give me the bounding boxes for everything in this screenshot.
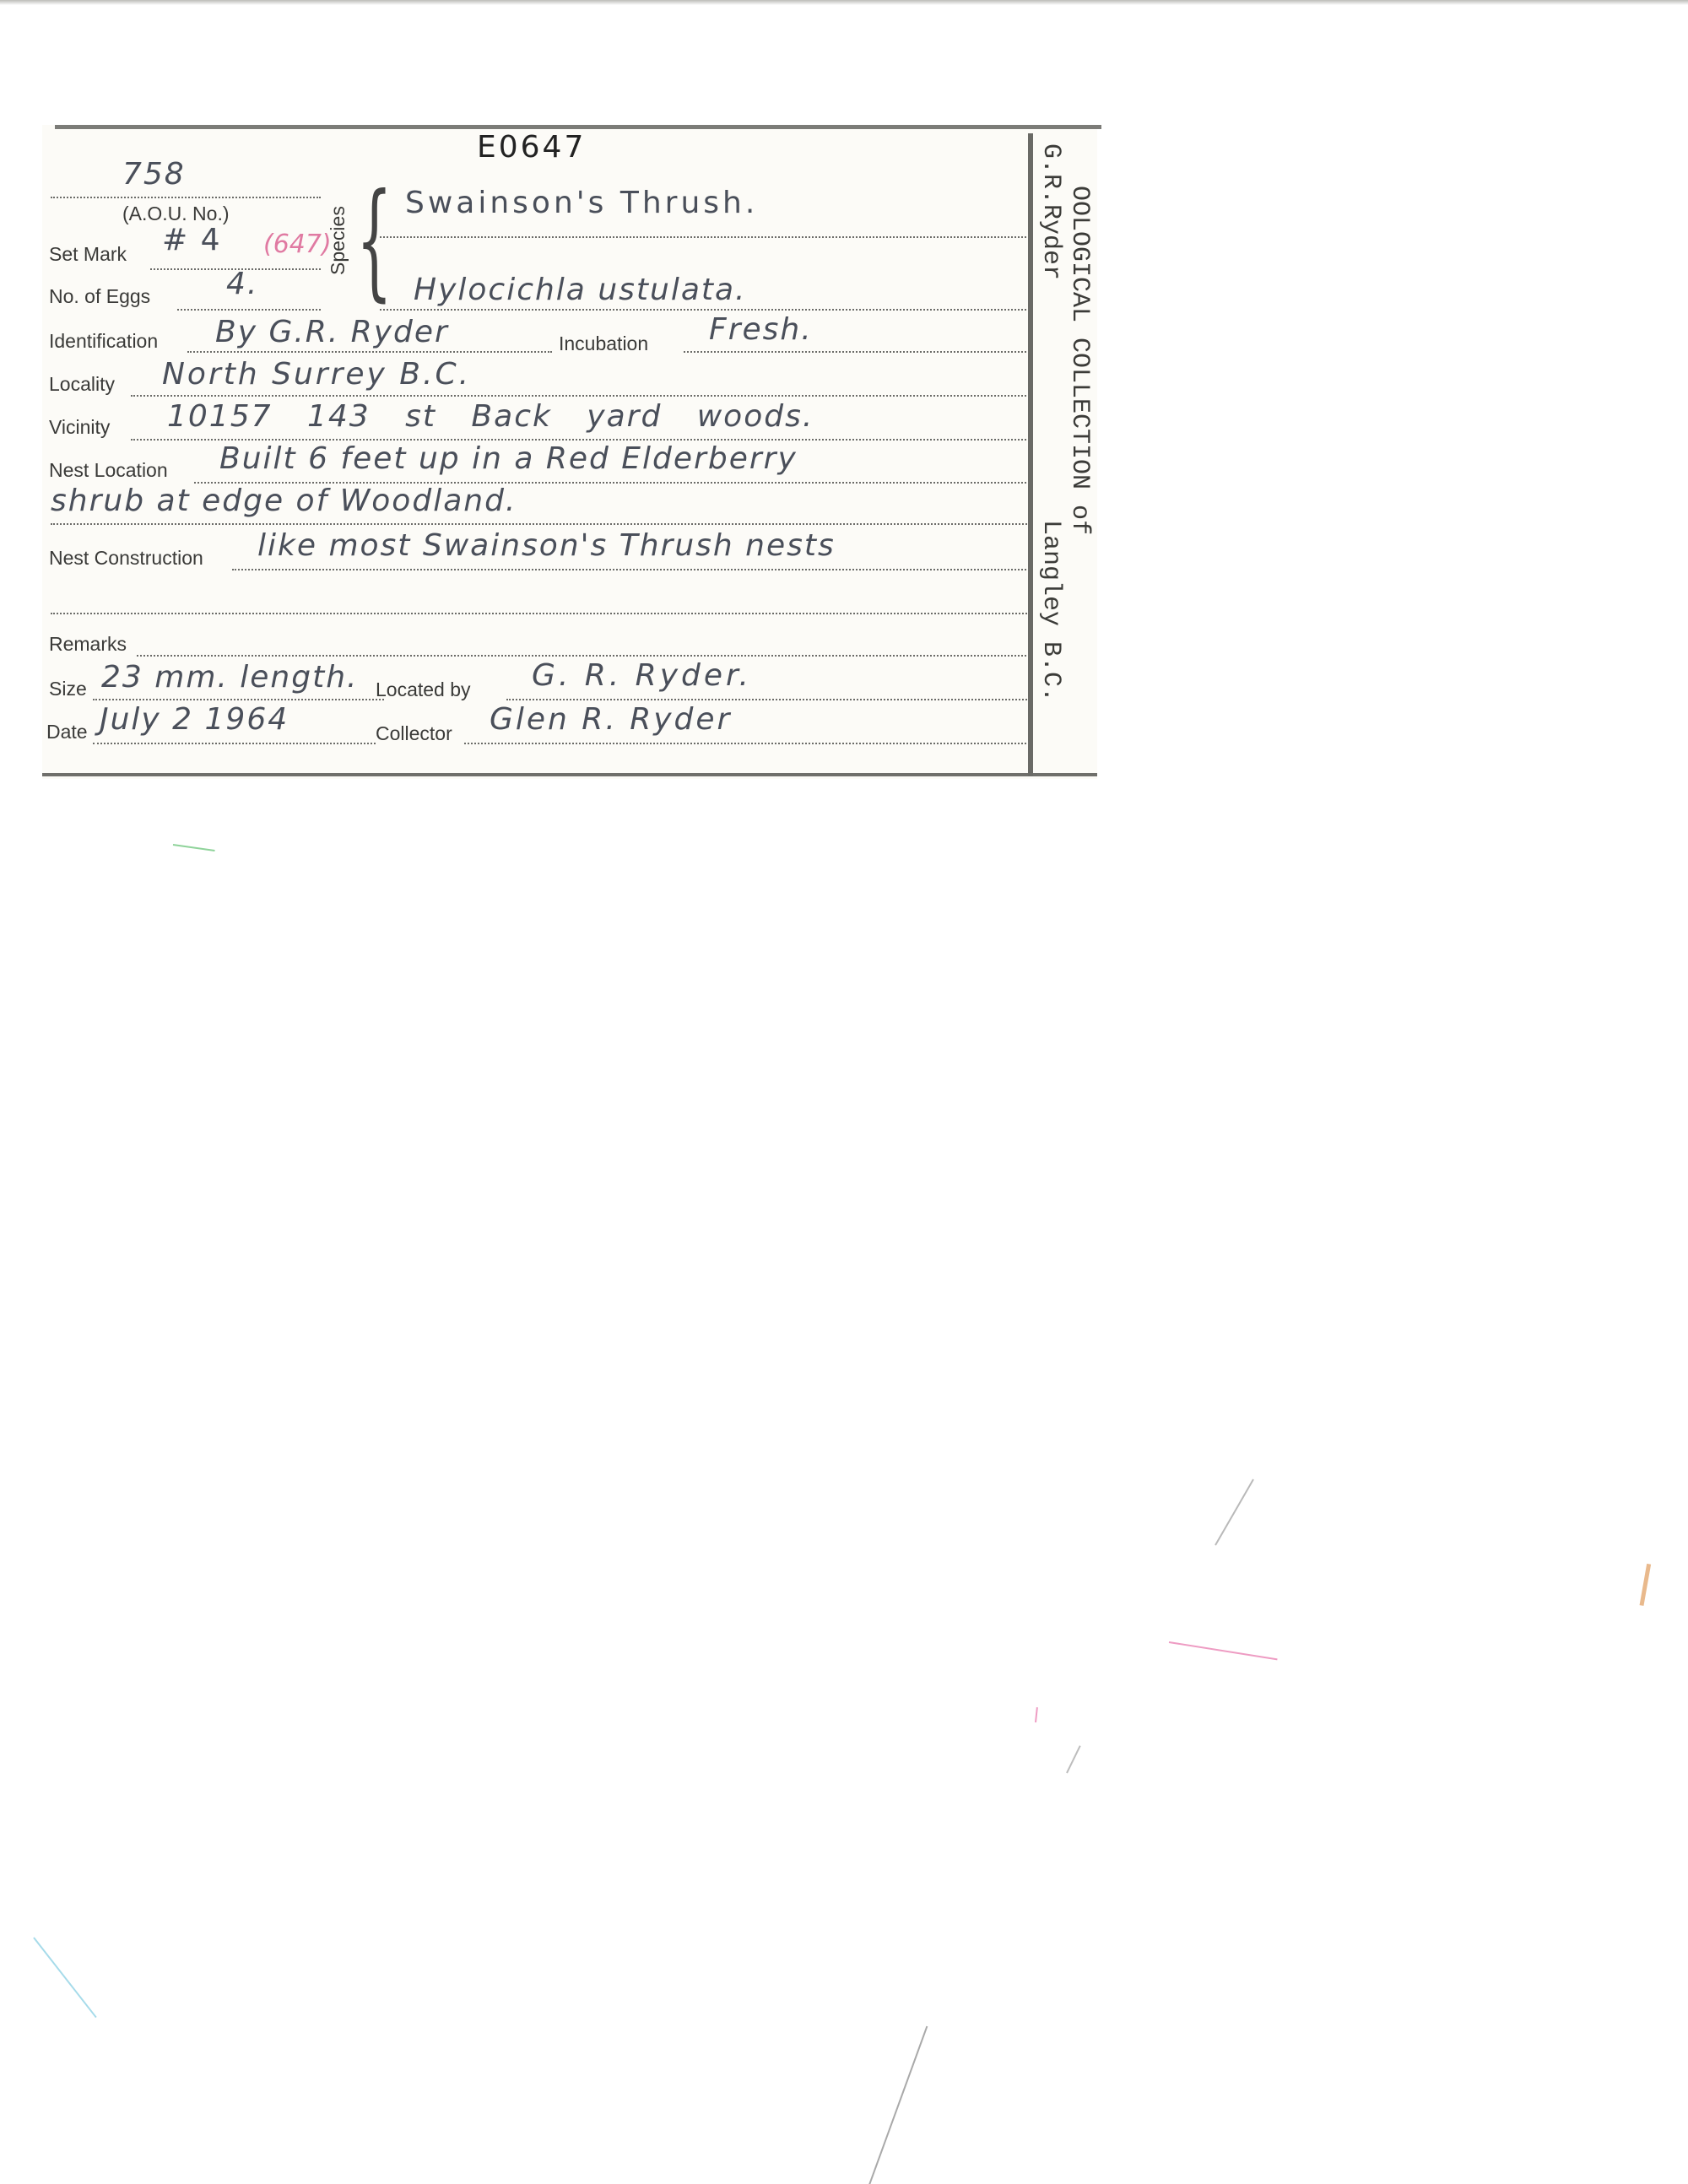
eggs-count-value: 4.	[226, 267, 258, 301]
identification-line	[187, 351, 552, 353]
nest-construction-line-2	[51, 613, 1030, 614]
remarks-line	[137, 655, 1030, 657]
identification-label: Identification	[49, 330, 158, 353]
scan-artifact-mark	[173, 844, 215, 851]
eggs-count-label: No. of Eggs	[49, 285, 150, 308]
locality-line	[131, 395, 1030, 397]
vicinity-value: 10157 143 st Back yard woods.	[167, 399, 814, 434]
locality-value: North Surrey B.C.	[162, 357, 471, 392]
size-label: Size	[49, 678, 87, 700]
scan-artifact-mark	[868, 2026, 928, 2184]
scan-artifact-mark	[1169, 1641, 1278, 1660]
size-line	[93, 699, 384, 700]
date-line	[93, 743, 376, 744]
incubation-label: Incubation	[559, 332, 648, 355]
scan-artifact-mark	[1066, 1745, 1081, 1773]
aou-number-value: 758	[122, 157, 186, 192]
located-by-line	[506, 699, 1030, 700]
scan-artifact-mark	[1215, 1479, 1254, 1546]
collector-line	[464, 743, 1030, 744]
nest-location-value-line2: shrub at edge of Woodland.	[51, 484, 517, 518]
collection-stamp-title: OOLOGICAL COLLECTION of	[1065, 186, 1094, 535]
scan-artifact-mark	[1640, 1564, 1652, 1606]
nest-construction-value: like most Swainson's Thrush nests	[257, 528, 836, 563]
incubation-line	[684, 351, 1030, 353]
date-value: July 2 1964	[100, 702, 289, 737]
collection-stamp: OOLOGICAL COLLECTION of G.R.Ryder Langle…	[1035, 133, 1096, 775]
date-label: Date	[46, 721, 88, 743]
locality-label: Locality	[49, 373, 115, 396]
collector-value: Glen R. Ryder	[490, 702, 732, 737]
species-common-line	[380, 236, 1030, 238]
scan-artifact-mark	[1035, 1707, 1038, 1722]
scan-artifact-mark	[33, 1937, 96, 2018]
vicinity-label: Vicinity	[49, 416, 110, 439]
aou-number-line	[51, 197, 321, 198]
nest-location-value-line1: Built 6 feet up in a Red Elderberry	[219, 441, 798, 476]
species-brace-icon: {	[356, 177, 392, 304]
catalog-number: E0647	[477, 130, 586, 165]
nest-location-line-2	[51, 523, 1030, 525]
species-common-name: Swainson's Thrush.	[405, 186, 758, 220]
remarks-label: Remarks	[49, 633, 127, 656]
card-form: E0647 758 (A.O.U. No.) Set Mark # 4 (647…	[42, 125, 1028, 775]
collector-label: Collector	[376, 722, 452, 745]
card-side-rule	[1028, 133, 1033, 776]
scan-edge	[0, 0, 1688, 5]
nest-construction-line	[232, 569, 1030, 570]
egg-data-card: E0647 758 (A.O.U. No.) Set Mark # 4 (647…	[42, 125, 1097, 779]
size-value: 23 mm. length.	[101, 660, 358, 695]
eggs-count-line	[177, 309, 321, 311]
nest-construction-label: Nest Construction	[49, 547, 203, 570]
nest-location-label: Nest Location	[49, 459, 168, 482]
vicinity-line	[131, 439, 1030, 441]
set-mark-label: Set Mark	[49, 243, 127, 266]
collection-stamp-place: Langley B.C.	[1036, 520, 1065, 702]
aou-number-label: (A.O.U. No.)	[122, 203, 230, 225]
species-label: Species	[327, 206, 349, 275]
collection-stamp-owner: G.R.Ryder	[1036, 143, 1065, 280]
set-mark-annotation: (647)	[263, 230, 332, 259]
incubation-value: Fresh.	[709, 312, 813, 347]
set-mark-value: # 4	[162, 223, 222, 257]
located-by-value: G. R. Ryder.	[532, 658, 752, 693]
species-scientific-line	[380, 309, 1030, 311]
identification-value: By G.R. Ryder	[215, 315, 449, 349]
species-scientific-name: Hylocichla ustulata.	[414, 273, 747, 307]
located-by-label: Located by	[376, 678, 471, 701]
